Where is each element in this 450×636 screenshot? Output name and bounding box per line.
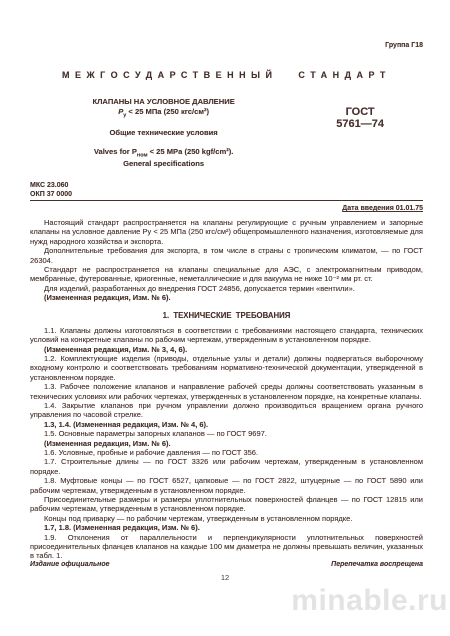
gost-number: 5761—74: [297, 119, 423, 131]
paragraph: (Измененная редакция, Изм. № 6).: [30, 439, 423, 448]
official-edition-note: Издание официальное: [30, 561, 110, 568]
page-number: 12: [0, 573, 450, 582]
paragraph: Настоящий стандарт распространяется на к…: [30, 218, 423, 246]
paragraph: 1.6. Условные, пробные и рабочие давлени…: [30, 448, 423, 457]
classification-codes: МКС 23.060 ОКП 37 0000: [30, 181, 423, 199]
effective-date: Дата введения 01.01.75: [30, 205, 423, 212]
paragraph: Дополнительные требования для экспорта, …: [30, 246, 423, 265]
pressure-formula-tail: < 25 МПа (250 кгс/см²): [126, 107, 209, 116]
paragraph: 1.7. Строительные длины — по ГОСТ 3326 и…: [30, 457, 423, 476]
title-en-line: Valves for Pном < 25 MPa (250 kgf/cm²).: [30, 147, 297, 159]
title-en-pre: Valves for P: [94, 147, 137, 156]
okp-code: ОКП 37 0000: [30, 190, 423, 199]
paragraph: 1.7, 1.8. (Измененная редакция, Изм. № 6…: [30, 523, 423, 532]
title-en-tail: < 25 MPa (250 kgf/cm²).: [148, 147, 234, 156]
paragraph: 1.5. Основные параметры запорных клапано…: [30, 429, 423, 438]
section-1-heading: 1. ТЕХНИЧЕСКИЕ ТРЕБОВАНИЯ: [30, 311, 423, 320]
pressure-formula: Pу < 25 МПа (250 кгс/см²): [30, 107, 297, 119]
document-page: Группа Г18 МЕЖГОСУДАРСТВЕННЫЙ СТАНДАРТ К…: [0, 0, 450, 636]
intro-paragraphs: Настоящий стандарт распространяется на к…: [30, 218, 423, 303]
paragraph: Стандарт не распространяется на клапаны …: [30, 265, 423, 284]
paragraph: (Измененная редакция, Изм. № 3, 4, 6).: [30, 345, 423, 354]
paragraph: 1.3, 1.4. (Измененная редакция, Изм. № 4…: [30, 420, 423, 429]
paragraph: 1.8. Муфтовые концы — по ГОСТ 6527, цапк…: [30, 476, 423, 495]
paragraph: 1.9. Отклонения от параллельности и перп…: [30, 533, 423, 561]
paragraph: 1.3. Рабочее положение клапанов и направ…: [30, 382, 423, 401]
standard-kind-heading: МЕЖГОСУДАРСТВЕННЫЙ СТАНДАРТ: [30, 70, 423, 80]
gost-number-block: ГОСТ 5761—74: [297, 97, 423, 168]
title-en-subscript: ном: [137, 152, 148, 158]
title-ru-line: КЛАПАНЫ НА УСЛОВНОЕ ДАВЛЕНИЕ: [30, 97, 297, 106]
paragraph: Для изделий, разработанных до внедрения …: [30, 284, 423, 293]
page-footer: Издание официальное Перепечатка воспреще…: [30, 561, 423, 568]
header-divider: [30, 200, 423, 201]
watermark: minable.ru: [291, 584, 448, 618]
paragraph: 1.4. Закрытие клапанов при ручном управл…: [30, 401, 423, 420]
paragraph: 1.2. Комплектующие изделия (приводы, отд…: [30, 354, 423, 382]
title-left-column: КЛАПАНЫ НА УСЛОВНОЕ ДАВЛЕНИЕ Pу < 25 МПа…: [30, 97, 297, 168]
title-ru-subtitle: Общие технические условия: [30, 128, 297, 137]
reprint-prohibited-note: Перепечатка воспрещена: [331, 561, 423, 568]
gost-word: ГОСТ: [297, 107, 423, 119]
mks-code: МКС 23.060: [30, 181, 423, 190]
section-1-paragraphs: 1.1. Клапаны должны изготовляться в соот…: [30, 326, 423, 561]
paragraph: (Измененная редакция, Изм. № 6).: [30, 293, 423, 302]
group-label: Группа Г18: [30, 42, 423, 49]
paragraph: 1.1. Клапаны должны изготовляться в соот…: [30, 326, 423, 345]
paragraph: Концы под приварку — по рабочим чертежам…: [30, 514, 423, 523]
title-en-subtitle: General specifications: [30, 159, 297, 168]
paragraph: Присоединительные размеры и размеры упло…: [30, 495, 423, 514]
title-block: КЛАПАНЫ НА УСЛОВНОЕ ДАВЛЕНИЕ Pу < 25 МПа…: [30, 97, 423, 168]
